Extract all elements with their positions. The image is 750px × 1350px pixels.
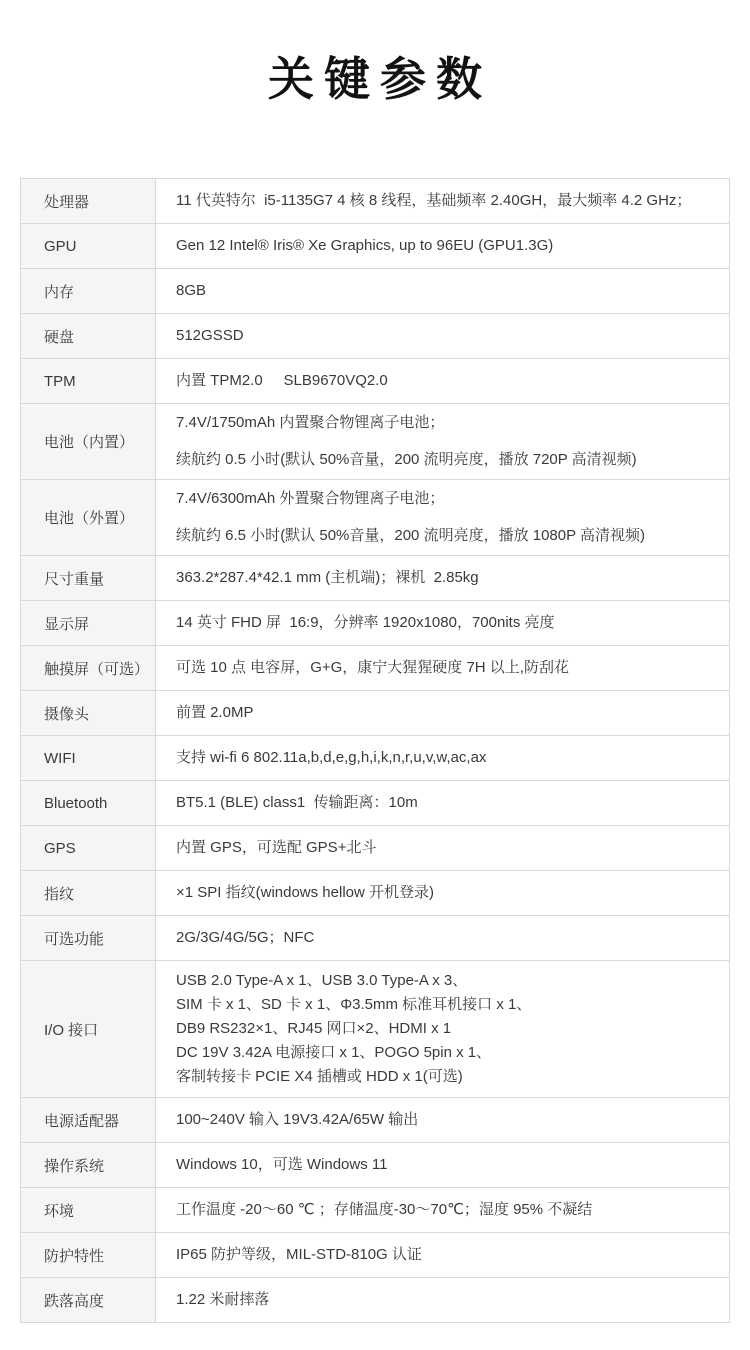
spec-value-line: 续航约 6.5 小时(默认 50%音量，200 流明亮度，播放 1080P 高清…	[176, 525, 715, 547]
spec-value-line: 内置 TPM2.0 SLB9670VQ2.0	[176, 370, 715, 392]
spec-value-line: 7.4V/6300mAh 外置聚合物锂离子电池；	[176, 488, 715, 510]
spec-value: 前置 2.0MP	[156, 691, 729, 735]
spec-value: 支持 wi-fi 6 802.11a,b,d,e,g,h,i,k,n,r,u,v…	[156, 736, 729, 780]
table-row-13: GPS 内置 GPS，可选配 GPS+北斗	[21, 826, 729, 871]
table-row-2: 内存 8GB	[21, 269, 729, 314]
spec-label: 操作系统	[21, 1143, 156, 1187]
table-row-16: I/O 接口 USB 2.0 Type-A x 1、USB 3.0 Type-A…	[21, 961, 729, 1098]
spec-label: 环境	[21, 1188, 156, 1232]
spec-value-line: 512GSSD	[176, 325, 715, 347]
table-row-19: 环境 工作温度 -20～60 ℃ ；存储温度-30～70℃；湿度 95% 不凝结	[21, 1188, 729, 1233]
spec-label: TPM	[21, 359, 156, 403]
spec-value-line: 客制转接卡 PCIE X4 插槽或 HDD x 1(可选)	[176, 1065, 715, 1089]
spec-value-line: Gen 12 Intel® Iris® Xe Graphics, up to 9…	[176, 235, 715, 257]
spec-label: 摄像头	[21, 691, 156, 735]
spec-value-line: 7.4V/1750mAh 内置聚合物锂离子电池；	[176, 412, 715, 434]
spec-label: 触摸屏（可选）	[21, 646, 156, 690]
spec-label: 跌落高度	[21, 1278, 156, 1322]
spec-value: 100~240V 输入 19V3.42A/65W 输出	[156, 1098, 729, 1142]
spec-label: WIFI	[21, 736, 156, 780]
spec-value-line: 2G/3G/4G/5G；NFC	[176, 927, 715, 949]
spec-label: GPS	[21, 826, 156, 870]
spec-value: ×1 SPI 指纹(windows hellow 开机登录)	[156, 871, 729, 915]
page-title: 关键参数	[0, 0, 750, 106]
spec-value-line: 工作温度 -20～60 ℃ ；存储温度-30～70℃；湿度 95% 不凝结	[176, 1199, 715, 1221]
spec-value-line: 续航约 0.5 小时(默认 50%音量，200 流明亮度，播放 720P 高清视…	[176, 449, 715, 471]
spec-label: 防护特性	[21, 1233, 156, 1277]
spec-value: BT5.1 (BLE) class1 传输距离：10m	[156, 781, 729, 825]
spec-value: USB 2.0 Type-A x 1、USB 3.0 Type-A x 3、SI…	[156, 961, 729, 1097]
spec-value-line: 前置 2.0MP	[176, 702, 715, 724]
spec-value-line: 8GB	[176, 280, 715, 302]
spec-value-line: USB 2.0 Type-A x 1、USB 3.0 Type-A x 3、	[176, 969, 715, 993]
table-row-0: 处理器 11 代英特尔 i5-1135G7 4 核 8 线程，基础频率 2.40…	[21, 179, 729, 224]
table-row-7: 尺寸重量 363.2*287.4*42.1 mm (主机端)；裸机 2.85kg	[21, 556, 729, 601]
table-row-1: GPU Gen 12 Intel® Iris® Xe Graphics, up …	[21, 224, 729, 269]
table-row-4: TPM 内置 TPM2.0 SLB9670VQ2.0	[21, 359, 729, 404]
spec-value-line: 1.22 米耐摔落	[176, 1289, 715, 1311]
spec-label: 电源适配器	[21, 1098, 156, 1142]
spec-value: 内置 GPS，可选配 GPS+北斗	[156, 826, 729, 870]
spec-label: 内存	[21, 269, 156, 313]
table-row-18: 操作系统 Windows 10，可选 Windows 11	[21, 1143, 729, 1188]
table-row-3: 硬盘 512GSSD	[21, 314, 729, 359]
spec-value-line: 100~240V 输入 19V3.42A/65W 输出	[176, 1109, 715, 1131]
spec-value: 1.22 米耐摔落	[156, 1278, 729, 1322]
spec-value: 363.2*287.4*42.1 mm (主机端)；裸机 2.85kg	[156, 556, 729, 600]
table-row-5: 电池（内置） 7.4V/1750mAh 内置聚合物锂离子电池；续航约 0.5 小…	[21, 404, 729, 480]
table-row-15: 可选功能 2G/3G/4G/5G；NFC	[21, 916, 729, 961]
spec-label: 尺寸重量	[21, 556, 156, 600]
spec-value-line: 内置 GPS，可选配 GPS+北斗	[176, 837, 715, 859]
spec-value: 8GB	[156, 269, 729, 313]
table-row-6: 电池（外置） 7.4V/6300mAh 外置聚合物锂离子电池；续航约 6.5 小…	[21, 480, 729, 556]
spec-label: 显示屏	[21, 601, 156, 645]
spec-value-line: 可选 10 点 电容屏，G+G，康宁大猩猩硬度 7H 以上,防刮花	[176, 657, 715, 679]
spec-label: 硬盘	[21, 314, 156, 358]
spec-value-line: ×1 SPI 指纹(windows hellow 开机登录)	[176, 882, 715, 904]
spec-value: 内置 TPM2.0 SLB9670VQ2.0	[156, 359, 729, 403]
spec-value: 14 英寸 FHD 屏 16:9，分辨率 1920x1080，700nits 亮…	[156, 601, 729, 645]
spec-value-line: DB9 RS232×1、RJ45 网口×2、HDMI x 1	[176, 1017, 715, 1041]
spec-value: 7.4V/6300mAh 外置聚合物锂离子电池；续航约 6.5 小时(默认 50…	[156, 480, 729, 555]
table-row-14: 指纹 ×1 SPI 指纹(windows hellow 开机登录)	[21, 871, 729, 916]
spec-value-line: SIM 卡 x 1、SD 卡 x 1、Φ3.5mm 标准耳机接口 x 1、	[176, 993, 715, 1017]
spec-value-line: Windows 10，可选 Windows 11	[176, 1154, 715, 1176]
spec-value: Windows 10，可选 Windows 11	[156, 1143, 729, 1187]
table-row-8: 显示屏 14 英寸 FHD 屏 16:9，分辨率 1920x1080，700ni…	[21, 601, 729, 646]
spec-value-line: DC 19V 3.42A 电源接口 x 1、POGO 5pin x 1、	[176, 1041, 715, 1065]
table-row-12: Bluetooth BT5.1 (BLE) class1 传输距离：10m	[21, 781, 729, 826]
spec-value: 工作温度 -20～60 ℃ ；存储温度-30～70℃；湿度 95% 不凝结	[156, 1188, 729, 1232]
spec-value-line: 支持 wi-fi 6 802.11a,b,d,e,g,h,i,k,n,r,u,v…	[176, 747, 715, 769]
spec-value: 7.4V/1750mAh 内置聚合物锂离子电池；续航约 0.5 小时(默认 50…	[156, 404, 729, 479]
table-row-17: 电源适配器 100~240V 输入 19V3.42A/65W 输出	[21, 1098, 729, 1143]
spec-page: 关键参数 处理器 11 代英特尔 i5-1135G7 4 核 8 线程，基础频率…	[0, 0, 750, 1350]
spec-label: 指纹	[21, 871, 156, 915]
spec-value-line: 363.2*287.4*42.1 mm (主机端)；裸机 2.85kg	[176, 567, 715, 589]
spec-label: 可选功能	[21, 916, 156, 960]
spec-value-line: BT5.1 (BLE) class1 传输距离：10m	[176, 792, 715, 814]
spec-value: 可选 10 点 电容屏，G+G，康宁大猩猩硬度 7H 以上,防刮花	[156, 646, 729, 690]
spec-value: 512GSSD	[156, 314, 729, 358]
table-row-20: 防护特性 IP65 防护等级，MIL-STD-810G 认证	[21, 1233, 729, 1278]
table-row-21: 跌落高度 1.22 米耐摔落	[21, 1278, 729, 1322]
spec-value: Gen 12 Intel® Iris® Xe Graphics, up to 9…	[156, 224, 729, 268]
spec-value-line: 14 英寸 FHD 屏 16:9，分辨率 1920x1080，700nits 亮…	[176, 612, 715, 634]
spec-value: IP65 防护等级，MIL-STD-810G 认证	[156, 1233, 729, 1277]
spec-label: Bluetooth	[21, 781, 156, 825]
spec-label: 电池（内置）	[21, 404, 156, 479]
spec-value: 2G/3G/4G/5G；NFC	[156, 916, 729, 960]
spec-label: GPU	[21, 224, 156, 268]
key-parameters-table: 处理器 11 代英特尔 i5-1135G7 4 核 8 线程，基础频率 2.40…	[20, 178, 730, 1323]
spec-label: 电池（外置）	[21, 480, 156, 555]
table-row-10: 摄像头 前置 2.0MP	[21, 691, 729, 736]
spec-label: 处理器	[21, 179, 156, 223]
spec-value-line: IP65 防护等级，MIL-STD-810G 认证	[176, 1244, 715, 1266]
table-row-9: 触摸屏（可选） 可选 10 点 电容屏，G+G，康宁大猩猩硬度 7H 以上,防刮…	[21, 646, 729, 691]
spec-value: 11 代英特尔 i5-1135G7 4 核 8 线程，基础频率 2.40GH，最…	[156, 179, 729, 223]
table-row-11: WIFI 支持 wi-fi 6 802.11a,b,d,e,g,h,i,k,n,…	[21, 736, 729, 781]
spec-value-line: 11 代英特尔 i5-1135G7 4 核 8 线程，基础频率 2.40GH，最…	[176, 190, 715, 212]
spec-label: I/O 接口	[21, 961, 156, 1097]
